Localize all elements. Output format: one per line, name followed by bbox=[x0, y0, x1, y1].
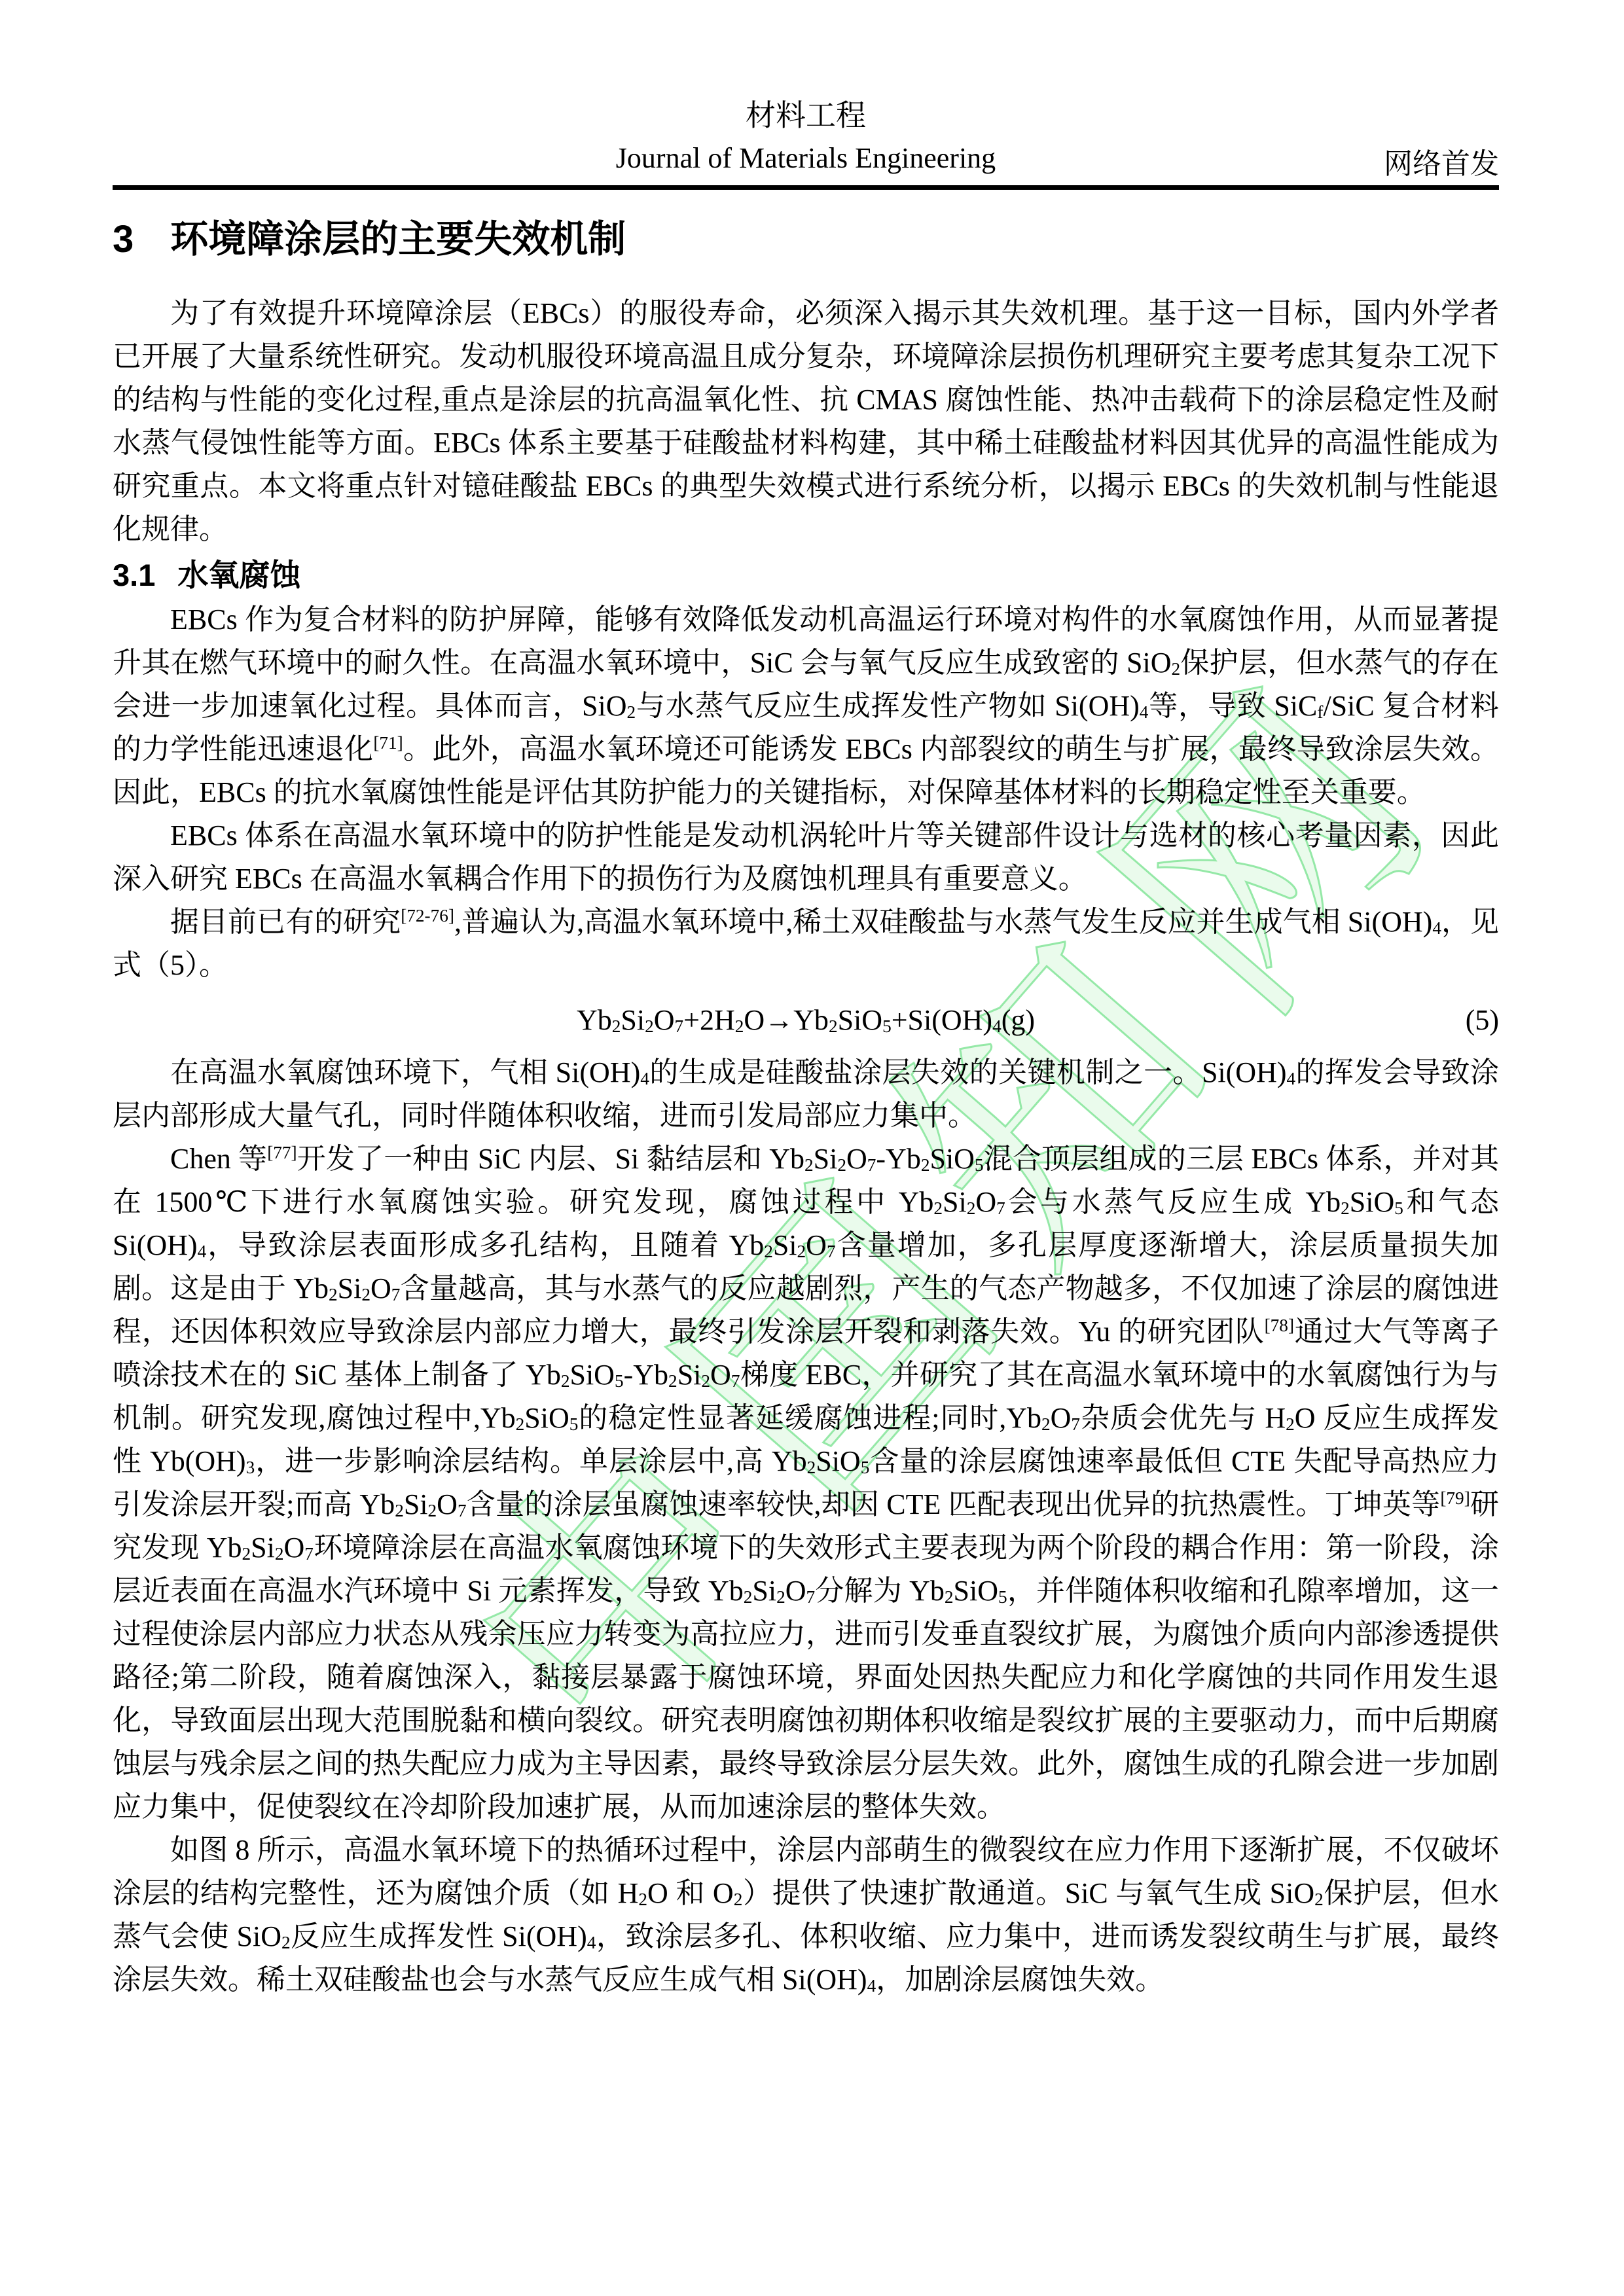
subsection-title: 水氧腐蚀 bbox=[177, 558, 300, 592]
section-title: 环境障涂层的主要失效机制 bbox=[170, 218, 626, 260]
page-content: 材料工程 Journal of Materials Engineering 网络… bbox=[0, 0, 1624, 2001]
paragraph: EBCs 作为复合材料的防护屏障，能够有效降低发动机高温运行环境对构件的水氧腐蚀… bbox=[113, 598, 1499, 814]
paragraph: 据目前已有的研究[72-76],普遍认为,高温水氧环境中,稀土双硅酸盐与水蒸气发… bbox=[113, 901, 1499, 987]
equation: Yb2Si2O7+2H2O→Yb2SiO5+Si(OH)4(g)(5) bbox=[113, 999, 1499, 1042]
section-heading: 3环境障涂层的主要失效机制 bbox=[113, 216, 1499, 263]
section-number: 3 bbox=[113, 218, 134, 260]
equation-number: (5) bbox=[1466, 999, 1499, 1042]
journal-title-en: Journal of Materials Engineering bbox=[113, 140, 1499, 176]
document-page: 中国知网 材料工程 Journal of Materials Engineeri… bbox=[0, 0, 1624, 2296]
equation-formula: Yb2Si2O7+2H2O→Yb2SiO5+Si(OH)4(g) bbox=[577, 1004, 1035, 1036]
subsection-number: 3.1 bbox=[113, 558, 155, 592]
journal-title-cn: 材料工程 bbox=[113, 97, 1499, 135]
paragraph: 在高温水氧腐蚀环境下，气相 Si(OH)4的生成是硅酸盐涂层失效的关键机制之一。… bbox=[113, 1051, 1499, 1138]
journal-header: 材料工程 Journal of Materials Engineering bbox=[113, 97, 1499, 176]
article-body: 为了有效提升环境障涂层（EBCs）的服役寿命，必须深入揭示其失效机理。基于这一目… bbox=[113, 292, 1499, 2001]
paragraph: 为了有效提升环境障涂层（EBCs）的服役寿命，必须深入揭示其失效机理。基于这一目… bbox=[113, 292, 1499, 551]
header-rule bbox=[113, 185, 1499, 190]
online-first-badge: 网络首发 bbox=[1384, 140, 1499, 182]
page-header: 材料工程 Journal of Materials Engineering 网络… bbox=[113, 0, 1499, 190]
paragraph: EBCs 体系在高温水氧环境中的防护性能是发动机涡轮叶片等关键部件设计与选材的核… bbox=[113, 814, 1499, 901]
paragraph: 如图 8 所示，高温水氧环境下的热循环过程中，涂层内部萌生的微裂纹在应力作用下逐… bbox=[113, 1829, 1499, 2001]
paragraph: Chen 等[77]开发了一种由 SiC 内层、Si 黏结层和 Yb2Si2O7… bbox=[113, 1138, 1499, 1829]
subsection-heading: 3.1水氧腐蚀 bbox=[113, 554, 1499, 597]
article-main: 3环境障涂层的主要失效机制 为了有效提升环境障涂层（EBCs）的服役寿命，必须深… bbox=[113, 216, 1499, 2001]
